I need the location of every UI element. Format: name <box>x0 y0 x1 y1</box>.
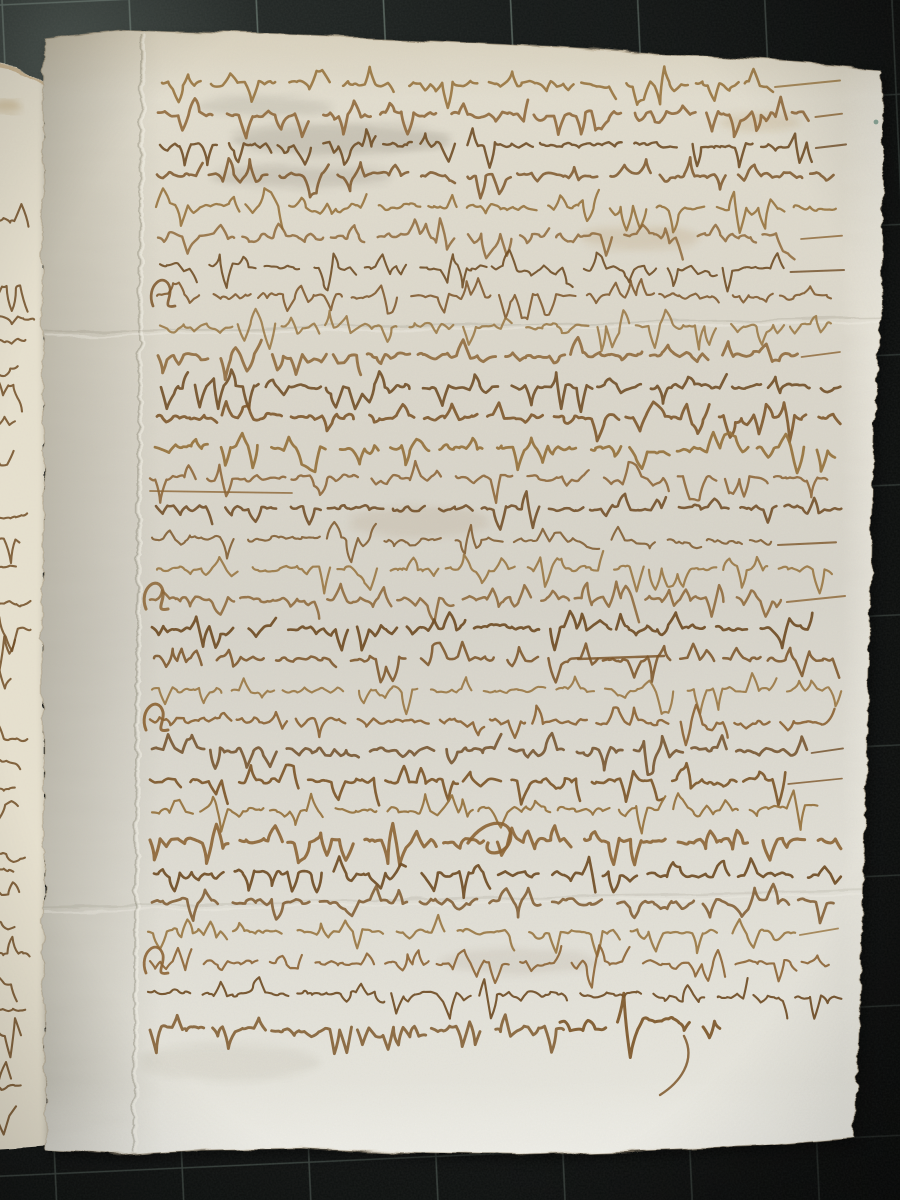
scene-canvas <box>0 0 900 1200</box>
vignette <box>0 0 900 1200</box>
manuscript-photo <box>0 0 900 1200</box>
